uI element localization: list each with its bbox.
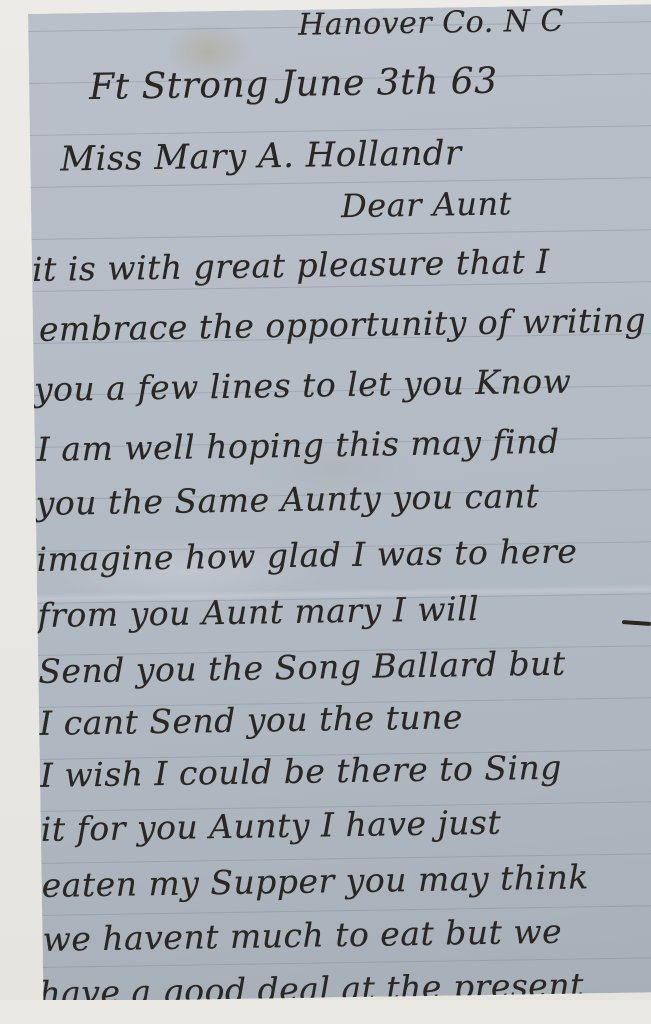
body-line: it for you Aunty I have just	[41, 803, 502, 849]
photo-background-bottom	[0, 1000, 651, 1024]
letter-recipient: Miss Mary A. Hollandr	[60, 133, 462, 179]
body-line: from you Aunt mary I will	[37, 589, 479, 635]
letter-salutation: Dear Aunt	[341, 184, 512, 225]
body-line: eaten my Supper you may think	[41, 857, 589, 905]
body-line: I wish I could be there to Sing	[40, 748, 563, 795]
body-line: embrace the opportunity of writing	[39, 300, 647, 349]
body-line: you a few lines to let you Know	[34, 362, 572, 409]
body-line: I cant Send you the tune	[39, 697, 463, 743]
body-line: I am well hoping this may find	[37, 422, 560, 469]
letter-location-date: Ft Strong June 3th 63	[89, 61, 498, 108]
letter-page: Hanover Co. N C Ft Strong June 3th 63 Mi…	[28, 4, 651, 1002]
letter-place: Hanover Co. N C	[298, 4, 564, 43]
body-line: we havent much to eat but we	[42, 912, 562, 959]
body-line: you the Same Aunty you cant	[35, 476, 539, 523]
body-line: Send you the Song Ballard but	[38, 644, 566, 691]
body-line: imagine how glad I was to here	[36, 531, 577, 578]
body-line: it is with great pleasure that I	[32, 242, 550, 289]
